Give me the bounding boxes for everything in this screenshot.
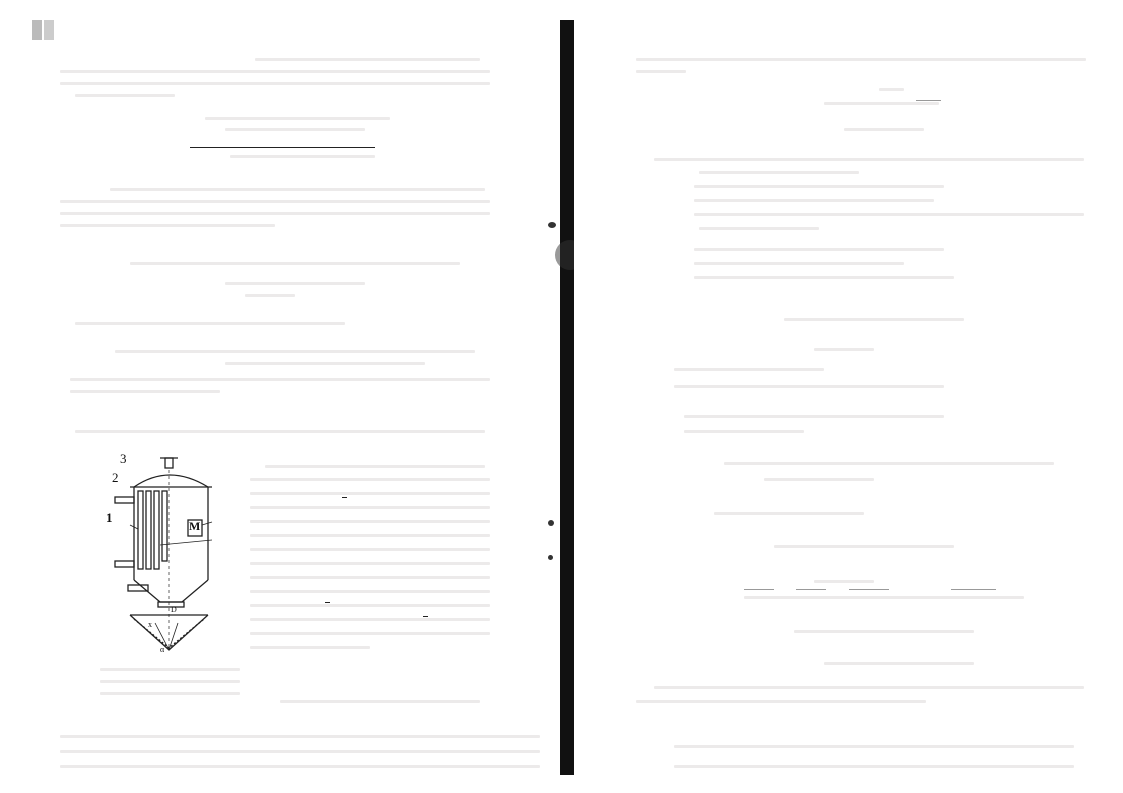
- text-line: [110, 188, 485, 191]
- equation-numerator: [225, 128, 365, 131]
- label-angle: α: [160, 645, 164, 654]
- text-line: [699, 227, 819, 230]
- equation: [844, 128, 924, 131]
- text-line: [60, 82, 490, 85]
- text-line: [250, 520, 490, 523]
- text-line: [784, 318, 964, 321]
- page-thumbnail-icon: [32, 20, 56, 40]
- text-line: [814, 348, 874, 351]
- text-line: [60, 750, 540, 753]
- text-line: [694, 185, 944, 188]
- text-line: [250, 548, 490, 551]
- text-line: [250, 632, 490, 635]
- text-line: [699, 171, 859, 174]
- label-part-2: 2: [112, 470, 119, 486]
- right-page: [574, 0, 1123, 793]
- text-line: [654, 158, 1084, 161]
- text-line: [225, 362, 425, 365]
- text-line: [764, 478, 874, 481]
- text-line: [794, 630, 974, 633]
- text-line: [674, 368, 824, 371]
- text-line: [636, 58, 1086, 61]
- text-line: [250, 618, 490, 621]
- text-line: [654, 686, 1084, 689]
- vessel-drawing: [100, 455, 230, 655]
- label-part-1: 1: [106, 510, 113, 526]
- equation-numerator: [205, 117, 390, 120]
- text-line: [250, 590, 490, 593]
- text-line: [250, 506, 490, 509]
- left-page: 3 2 1 M D x α: [0, 0, 560, 793]
- label-x: x: [148, 620, 152, 629]
- text-line: [636, 70, 686, 73]
- text-line: [694, 199, 934, 202]
- label-motor: M: [189, 519, 200, 534]
- text-line: [60, 200, 490, 203]
- text-line: [694, 262, 904, 265]
- label-diameter: D: [171, 605, 177, 614]
- text-line: [694, 213, 1084, 216]
- text-line: [60, 735, 540, 738]
- equation: [824, 662, 974, 665]
- text-line: [636, 700, 926, 703]
- label-part-3: 3: [120, 451, 127, 467]
- text-line: [75, 322, 345, 325]
- text-line: [60, 70, 490, 73]
- equation-denominator: [230, 155, 375, 158]
- figure-caption: [100, 668, 240, 671]
- text-line: [130, 262, 460, 265]
- text-line: [70, 390, 220, 393]
- text-line: [684, 430, 804, 433]
- text-line: [60, 765, 540, 768]
- text-line: [250, 576, 490, 579]
- text-line: [724, 462, 1054, 465]
- text-line: [265, 465, 485, 468]
- figure-caption: [100, 692, 240, 695]
- text-line: [115, 350, 475, 353]
- text-line: [250, 646, 370, 649]
- equation: [814, 580, 874, 583]
- text-line: [255, 58, 480, 61]
- text-line: [60, 224, 275, 227]
- equation: [225, 282, 365, 285]
- text-line: [250, 534, 490, 537]
- text-line: [714, 512, 864, 515]
- text-line: [694, 276, 954, 279]
- equation: [245, 294, 295, 297]
- text-line: [694, 248, 944, 251]
- text-line: [684, 415, 944, 418]
- text-line: [674, 765, 1074, 768]
- text-line: [75, 430, 485, 433]
- text-line: [250, 478, 490, 481]
- figure-caption: [100, 680, 240, 683]
- text-line: [774, 545, 954, 548]
- equation: [879, 88, 904, 91]
- equation: [744, 596, 1024, 599]
- filter-vessel-diagram: 3 2 1 M D x α: [100, 455, 230, 655]
- text-line: [75, 94, 175, 97]
- equation: [824, 102, 939, 105]
- text-line: [250, 492, 490, 495]
- fraction-bar: [190, 147, 375, 148]
- text-line: [674, 385, 944, 388]
- text-line: [70, 378, 490, 381]
- text-line: [674, 745, 1074, 748]
- book-spine: [560, 20, 574, 775]
- text-line: [250, 562, 490, 565]
- text-line: [250, 604, 490, 607]
- text-line: [280, 700, 480, 703]
- text-line: [60, 212, 490, 215]
